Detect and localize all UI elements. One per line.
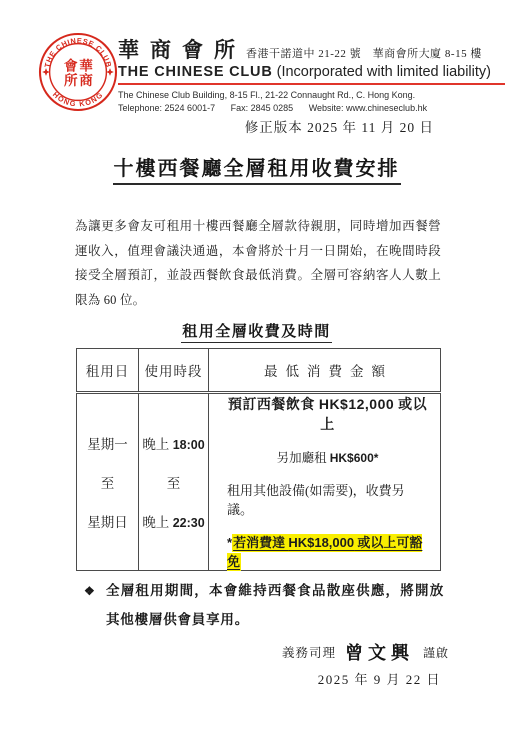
seal-outer-ring-icon — [40, 34, 116, 110]
seal-char-4: 商 — [79, 72, 93, 88]
time-end-prefix: 晚上 — [142, 515, 172, 530]
fee-table-caption: 租用全層收費及時間 — [181, 320, 332, 343]
rental-day-cell: 星期一 至 星期日 — [77, 393, 139, 571]
signature-role: 義務司理 — [282, 643, 336, 661]
day-to: 星期日 — [87, 511, 128, 531]
fee-table-header-row: 租用日 使用時段 最低消費金額 — [77, 349, 441, 393]
fax-text: Fax: 2845 0285 — [231, 103, 294, 113]
seal-arc-top-text: THE CHINESE CLUB — [43, 36, 114, 68]
red-divider — [118, 83, 505, 85]
waiver-amount: HK$18,000 — [288, 535, 354, 550]
club-address-chinese: 香港干諾道中 21-22 號 華商會所大廈 8-15 樓 — [246, 45, 482, 61]
fee2-text: 另加廳租 — [277, 451, 330, 465]
club-name-row: 華商會所 香港干諾道中 21-22 號 華商會所大廈 8-15 樓 — [118, 34, 505, 64]
contact-line: Telephone: 2524 6001-7 Fax: 2845 0285 We… — [118, 102, 505, 115]
fee-table-body-row: 星期一 至 星期日 晚上 18:00 至 晚上 22:30 預訂西餐飲食 HK$… — [77, 393, 441, 571]
seal-char-3: 所 — [64, 72, 78, 88]
time-start: 晚上 18:00 — [142, 433, 204, 453]
fee-table: 租用日 使用時段 最低消費金額 星期一 至 星期日 晚上 18:00 至 — [76, 348, 441, 571]
fee2-amount: HK$600* — [330, 451, 379, 465]
waiver-highlight: 若消費達 HK$18,000 或以上可豁免 — [227, 534, 422, 571]
club-name-english-row: THE CHINESE CLUB (Incorporated with limi… — [118, 64, 505, 80]
signature-closing: 謹啟 — [423, 644, 449, 661]
signature-block: 義務司理 曾文興 謹啟 — [282, 639, 449, 665]
letterhead: THE CHINESE CLUB HONG KONG 會 華 所 商 華商會所 … — [38, 32, 505, 115]
signature-name: 曾文興 — [345, 639, 414, 665]
col-header-rental-day: 租用日 — [77, 349, 139, 393]
club-address-english: The Chinese Club Building, 8-15 Fl., 21-… — [118, 89, 505, 102]
fee1-text: 預訂西餐飲食 — [228, 398, 319, 413]
document-title: 十樓西餐廳全層租用收費安排 — [113, 152, 401, 185]
time-start-prefix: 晚上 — [142, 437, 172, 452]
fee-line-equipment: 租用其他設備(如需要)，收費另議。 — [227, 480, 428, 518]
telephone-text: Telephone: 2524 6001-7 — [118, 103, 215, 113]
website-text: Website: www.chineseclub.hk — [309, 103, 427, 113]
letterhead-text: 華商會所 香港干諾道中 21-22 號 華商會所大廈 8-15 樓 THE CH… — [118, 32, 505, 115]
col-header-min-spend: 最低消費金額 — [209, 349, 441, 393]
club-name-chinese: 華商會所 — [118, 34, 246, 64]
fee-line-hall-rent: 另加廳租 HK$600* — [227, 448, 428, 466]
waiver-text-pre: 若消費達 — [233, 535, 288, 550]
note-text: 全層租用期間，本會維持西餐食品散座供應，將開放其他樓層供會員享用。 — [106, 576, 444, 634]
fee1-amount: HK$12,000 — [319, 396, 394, 412]
time-slot-cell: 晚上 18:00 至 晚上 22:30 — [139, 393, 209, 571]
time-end: 晚上 22:30 — [142, 511, 204, 531]
club-name-english-note: (Incorporated with limited liability) — [273, 64, 491, 80]
seal-star-right-icon — [106, 68, 114, 76]
revision-date: 修正版本 2025 年 11 月 20 日 — [245, 116, 434, 136]
time-start-value: 18:00 — [173, 438, 205, 452]
time-to-word: 至 — [167, 472, 181, 492]
intro-paragraph: 為讓更多會友可租用十樓西餐廳全層款待親朋，同時增加西餐營運收入，值理會議決通過，… — [75, 214, 441, 312]
time-end-value: 22:30 — [173, 516, 205, 530]
day-to-word: 至 — [101, 472, 115, 492]
club-name-english: THE CHINESE CLUB — [118, 64, 273, 80]
seal-char-1: 會 — [64, 57, 78, 73]
col-header-time-slot: 使用時段 — [139, 349, 209, 393]
seal-star-left-icon — [42, 68, 50, 76]
issue-date: 2025 年 9 月 22 日 — [318, 669, 441, 688]
document-title-wrap: 十樓西餐廳全層租用收費安排 — [0, 152, 513, 185]
fee-table-caption-wrap: 租用全層收費及時間 — [0, 320, 513, 343]
fee-line-booking-min: 預訂西餐飲食 HK$12,000 或以上 — [227, 394, 428, 434]
note-item: ❖ 全層租用期間，本會維持西餐食品散座供應，將開放其他樓層供會員享用。 — [84, 576, 444, 634]
fee-line-waiver: *若消費達 HK$18,000 或以上可豁免 — [227, 532, 428, 570]
min-spend-cell: 預訂西餐飲食 HK$12,000 或以上 另加廳租 HK$600* 租用其他設備… — [209, 393, 441, 571]
day-from: 星期一 — [87, 433, 128, 453]
diamond-bullet-icon: ❖ — [84, 576, 106, 634]
club-seal-logo: THE CHINESE CLUB HONG KONG 會 華 所 商 — [38, 32, 118, 112]
seal-char-2: 華 — [79, 57, 93, 73]
